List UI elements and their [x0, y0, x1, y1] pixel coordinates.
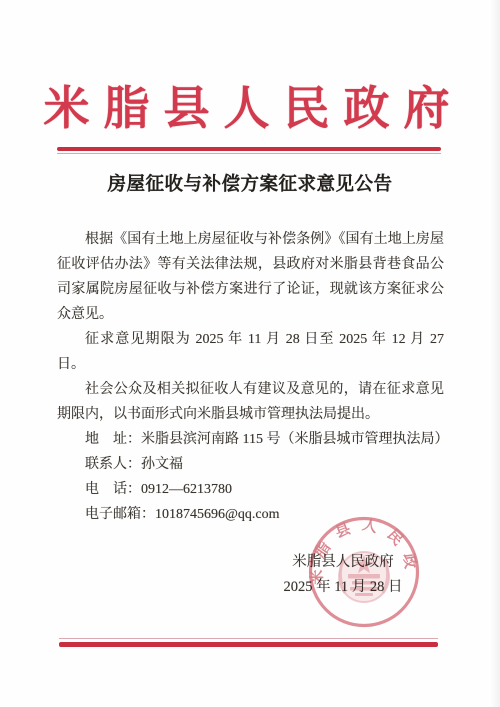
document-page: 米脂县人民政府 房屋征收与补偿方案征求意见公告 根据《国有土地上房屋征收与补偿条…: [0, 0, 500, 707]
document-title: 房屋征收与补偿方案征求意见公告: [0, 172, 500, 198]
paragraph-submission: 社会公众及相关拟征收人有建议及意见的，请在征求意见期限内，以书面形式向米脂县城市…: [57, 377, 444, 427]
contact-label: 电子邮箱：: [85, 507, 155, 522]
contact-value: 孙文福: [141, 457, 183, 472]
contact-value: 1018745696@qq.com: [155, 507, 280, 522]
contact-label: 电 话：: [85, 482, 141, 497]
contact-line-address: 地 址：米脂县滨河南路 115 号（米脂县城市管理执法局）: [57, 427, 444, 452]
footer-rule-thin-line: [59, 638, 438, 639]
document-body: 根据《国有土地上房屋征收与补偿条例》《国有土地上房屋征收评估办法》等有关法律法规…: [57, 227, 444, 527]
footer-rule-thick-line: [59, 642, 438, 647]
contact-line-phone: 电 话：0912—6213780: [57, 477, 444, 502]
header-rule-thin-line: [57, 153, 441, 154]
footer-rule: [59, 638, 438, 647]
paragraph-basis: 根据《国有土地上房屋征收与补偿条例》《国有土地上房屋征收评估办法》等有关法律法规…: [57, 227, 444, 327]
header-rule: [57, 147, 441, 154]
contact-value: 0912—6213780: [141, 482, 232, 497]
paragraph-comment-period: 征求意见期限为 2025 年 11 月 28 日至 2025 年 12 月 27…: [57, 327, 444, 377]
header-rule-thick-line: [57, 147, 441, 151]
signature-block: 米脂县人民政府 2025 年 11 月 28 日: [243, 550, 443, 600]
letterhead-org-name: 米脂县人民政府: [0, 84, 500, 134]
contact-value: 米脂县滨河南路 115 号（米脂县城市管理执法局）: [141, 432, 448, 447]
signature-date: 2025 年 11 月 28 日: [243, 575, 443, 600]
signature-org: 米脂县人民政府: [243, 550, 443, 575]
contact-label: 地 址：: [85, 432, 141, 447]
contact-line-person: 联系人：孙文福: [57, 452, 444, 477]
contact-line-email: 电子邮箱：1018745696@qq.com: [57, 502, 444, 527]
contact-label: 联系人：: [85, 457, 141, 472]
